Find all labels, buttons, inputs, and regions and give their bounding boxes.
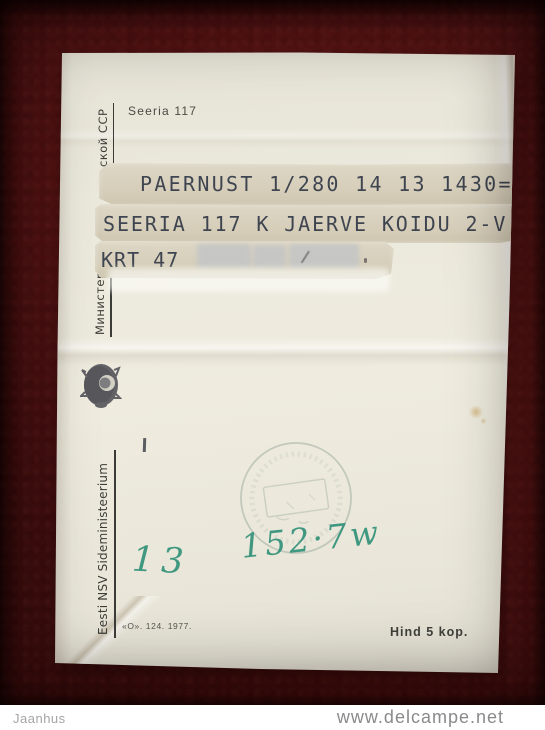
estonian-ministry-label: Eesti NSV Sideministeerium	[96, 455, 113, 635]
soviet-emblem-icon	[80, 360, 122, 412]
redaction-blur-2	[253, 245, 286, 268]
watermark-site: www.delcampe.net	[337, 707, 504, 728]
paper-shadow-wrap: Seeria 117 ской ССР Министер PAERNUST 1/…	[0, 0, 545, 705]
imprint-label: «О». 124. 1977.	[122, 621, 192, 631]
telegram-text-line2: SEERIA 117 K JAERVE KOIDU 2-V	[103, 212, 507, 236]
series-label: Seeria 117	[128, 104, 197, 118]
tape-glare	[108, 268, 390, 292]
price-label: Hind 5 kop.	[390, 625, 468, 639]
photo-background: Seeria 117 ской ССР Министер PAERNUST 1/…	[0, 0, 545, 705]
ru-ministry-rule-top	[113, 103, 115, 166]
fold-crease-horizontal	[55, 338, 515, 366]
fold-crease-faint	[55, 128, 515, 148]
watermark-seller: Jaanhus	[13, 711, 66, 726]
handwritten-number-left: 13	[131, 539, 192, 582]
stain-spot-small	[480, 418, 487, 424]
telegram-card: Seeria 117 ской ССР Министер PAERNUST 1/…	[0, 0, 545, 705]
left-edge-shade	[55, 53, 77, 665]
redaction-blur-1	[197, 244, 251, 268]
ru-ministry-fragment-top: ской ССР	[96, 103, 113, 167]
watermark-strip: Jaanhus www.delcampe.net	[0, 705, 545, 730]
stain-spot	[468, 406, 484, 418]
telegram-text-line1: PAERNUST 1/280 14 13 1430=	[140, 172, 513, 196]
stray-mark	[143, 438, 146, 452]
telegram-tape-line2: SEERIA 117 K JAERVE KOIDU 2-V	[95, 204, 521, 243]
redaction-dot	[364, 258, 367, 263]
telegram-tape-line1: PAERNUST 1/280 14 13 1430=	[99, 163, 545, 206]
estonian-ministry-rule	[114, 450, 116, 638]
